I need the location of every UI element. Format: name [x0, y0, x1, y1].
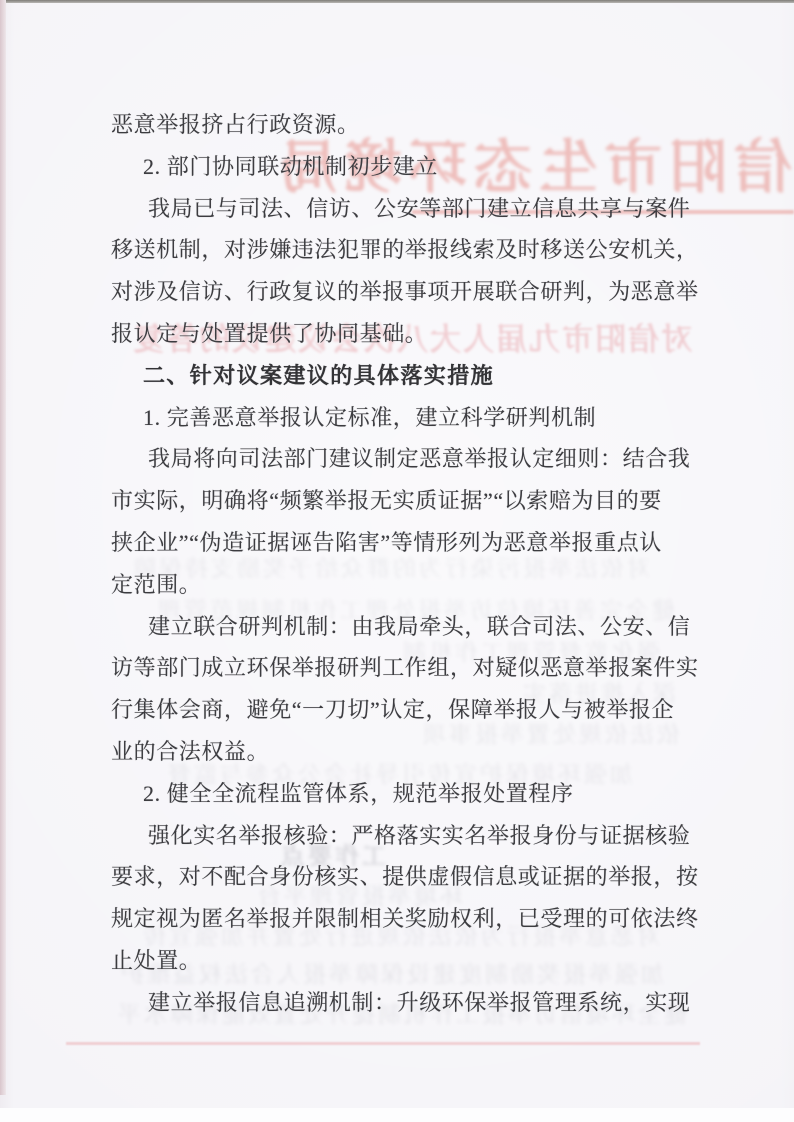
document-line: 行集体会商，避免“一刀切”认定，保障举报人与被举报企 [111, 693, 674, 724]
document-line: 建立联合研判机制：由我局牵头，联合司法、公安、信 [148, 610, 690, 641]
scan-edge-left [0, 0, 6, 1095]
document-line: 我局已与司法、信访、公安等部门建立信息共享与案件 [148, 192, 690, 223]
document-line: 市实际，明确将“频繁举报无实质证据”“以索赔为目的要 [111, 484, 662, 515]
document-line: 2. 健全全流程监管体系，规范举报处置程序 [143, 777, 574, 808]
document-line: 规定视为匿名举报并限制相关奖励权利，已受理的可依法终 [111, 902, 699, 933]
document-line: 要求，对不配合身份核实、提供虚假信息或证据的举报，按 [111, 860, 699, 891]
document-line: 访等部门成立环保举报研判工作组，对疑似恶意举报案件实 [111, 651, 699, 682]
bleedthrough-bottom-rule [66, 1042, 700, 1045]
scan-edge-bottom [0, 1108, 794, 1113]
scanned-document-page: 信阳市生态环境局 对信阳市九届人大八次会议建议的答复 对依法举报污染行为的群众给… [0, 0, 794, 1113]
document-line: 业的合法权益。 [111, 735, 269, 766]
document-line: 1. 完善恶意举报认定标准，建立科学研判机制 [143, 401, 596, 432]
section-heading: 二、针对议案建议的具体落实措施 [143, 359, 494, 390]
document-line: 定范围。 [111, 568, 201, 599]
document-line: 建立举报信息追溯机制：升级环保举报管理系统，实现 [148, 986, 690, 1017]
document-line: 止处置。 [111, 944, 201, 975]
document-line: 移送机制，对涉嫌违法犯罪的举报线索及时移送公安机关， [111, 233, 699, 264]
document-line: 我局将向司法部门建议制定恶意举报认定细则：结合我 [148, 442, 690, 473]
document-line: 恶意举报挤占行政资源。 [111, 108, 360, 139]
document-line: 对涉及信访、行政复议的举报事项开展联合研判，为恶意举 [111, 275, 699, 306]
document-line: 报认定与处置提供了协同基础。 [111, 317, 427, 348]
scan-edge-top [0, 0, 794, 3]
document-line: 挟企业”“伪造证据诬告陷害”等情形列为恶意举报重点认 [111, 526, 662, 557]
document-line: 2. 部门协同联动机制初步建立 [143, 150, 438, 181]
document-line: 强化实名举报核验：严格落实实名举报身份与证据核验 [148, 819, 690, 850]
